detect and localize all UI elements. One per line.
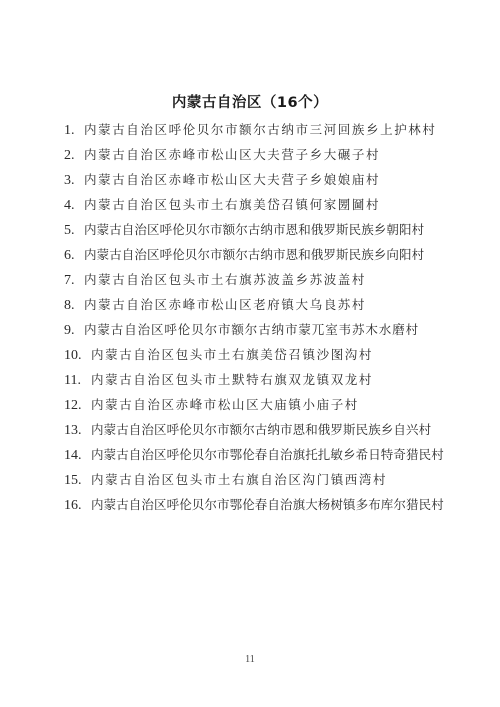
item-text: 内蒙古自治区赤峰市松山区大夫营子乡娘娘庙村 (84, 172, 380, 187)
item-number: 3. (64, 171, 84, 191)
page-number: 11 (0, 654, 500, 665)
item-text: 内蒙古自治区呼伦贝尔市额尔古纳市三河回族乡上护林村 (84, 122, 437, 137)
item-number: 8. (64, 296, 84, 316)
village-list: 1.内蒙古自治区呼伦贝尔市额尔古纳市三河回族乡上护林村 2.内蒙古自治区赤峰市松… (64, 120, 444, 520)
item-number: 13. (64, 421, 91, 441)
list-item: 4.内蒙古自治区包头市土右旗美岱召镇何家圐圙村 (64, 195, 444, 220)
list-item: 7.内蒙古自治区包头市土右旗苏波盖乡苏波盖村 (64, 270, 444, 295)
item-text: 内蒙古自治区呼伦贝尔市鄂伦春自治旗大杨树镇多布库尔猎民村 (91, 497, 444, 512)
list-item: 3.内蒙古自治区赤峰市松山区大夫营子乡娘娘庙村 (64, 170, 444, 195)
item-text: 内蒙古自治区呼伦贝尔市鄂伦春自治旗托扎敏乡希日特奇猎民村 (91, 447, 444, 462)
list-item: 11.内蒙古自治区包头市土默特右旗双龙镇双龙村 (64, 370, 444, 395)
item-text: 内蒙古自治区呼伦贝尔市额尔古纳市恩和俄罗斯民族乡向阳村 (84, 247, 424, 262)
item-text: 内蒙古自治区呼伦贝尔市额尔古纳市蒙兀室韦苏木水磨村 (84, 322, 419, 337)
item-number: 16. (64, 496, 91, 516)
list-item: 8.内蒙古自治区赤峰市松山区老府镇大乌良苏村 (64, 295, 444, 320)
item-number: 15. (64, 471, 91, 491)
item-number: 7. (64, 271, 84, 291)
item-number: 6. (64, 246, 84, 266)
item-text: 内蒙古自治区赤峰市松山区大夫营子乡大碾子村 (84, 147, 380, 162)
item-text: 内蒙古自治区包头市土右旗苏波盖乡苏波盖村 (84, 272, 366, 287)
item-number: 11. (64, 371, 91, 391)
list-item: 13.内蒙古自治区呼伦贝尔市额尔古纳市恩和俄罗斯民族乡自兴村 (64, 420, 444, 445)
item-text: 内蒙古自治区包头市土默特右旗双龙镇双龙村 (91, 372, 373, 387)
item-text: 内蒙古自治区包头市土右旗美岱召镇沙图沟村 (91, 347, 373, 362)
list-item: 6.内蒙古自治区呼伦贝尔市额尔古纳市恩和俄罗斯民族乡向阳村 (64, 245, 444, 270)
item-text: 内蒙古自治区呼伦贝尔市额尔古纳市恩和俄罗斯民族乡朝阳村 (84, 222, 424, 237)
list-item: 10.内蒙古自治区包头市土右旗美岱召镇沙图沟村 (64, 345, 444, 370)
section-title: 内蒙古自治区（16个） (0, 91, 500, 112)
item-number: 4. (64, 196, 84, 216)
list-item: 15.内蒙古自治区包头市土右旗自治区沟门镇西湾村 (64, 470, 444, 495)
list-item: 1.内蒙古自治区呼伦贝尔市额尔古纳市三河回族乡上护林村 (64, 120, 444, 145)
list-item: 16.内蒙古自治区呼伦贝尔市鄂伦春自治旗大杨树镇多布库尔猎民村 (64, 495, 444, 520)
document-page: 内蒙古自治区（16个） 1.内蒙古自治区呼伦贝尔市额尔古纳市三河回族乡上护林村 … (0, 0, 500, 707)
item-number: 14. (64, 446, 91, 466)
list-item: 5.内蒙古自治区呼伦贝尔市额尔古纳市恩和俄罗斯民族乡朝阳村 (64, 220, 444, 245)
list-item: 12.内蒙古自治区赤峰市松山区大庙镇小庙子村 (64, 395, 444, 420)
list-item: 14.内蒙古自治区呼伦贝尔市鄂伦春自治旗托扎敏乡希日特奇猎民村 (64, 445, 444, 470)
item-number: 10. (64, 346, 91, 366)
list-item: 2.内蒙古自治区赤峰市松山区大夫营子乡大碾子村 (64, 145, 444, 170)
item-number: 12. (64, 396, 91, 416)
item-number: 2. (64, 146, 84, 166)
item-text: 内蒙古自治区包头市土右旗美岱召镇何家圐圙村 (84, 197, 380, 212)
list-item: 9.内蒙古自治区呼伦贝尔市额尔古纳市蒙兀室韦苏木水磨村 (64, 320, 444, 345)
item-text: 内蒙古自治区包头市土右旗自治区沟门镇西湾村 (91, 472, 387, 487)
item-number: 5. (64, 221, 84, 241)
item-text: 内蒙古自治区呼伦贝尔市额尔古纳市恩和俄罗斯民族乡自兴村 (91, 422, 431, 437)
item-text: 内蒙古自治区赤峰市松山区大庙镇小庙子村 (91, 397, 359, 412)
item-number: 1. (64, 121, 84, 141)
item-text: 内蒙古自治区赤峰市松山区老府镇大乌良苏村 (84, 297, 366, 312)
item-number: 9. (64, 321, 84, 341)
